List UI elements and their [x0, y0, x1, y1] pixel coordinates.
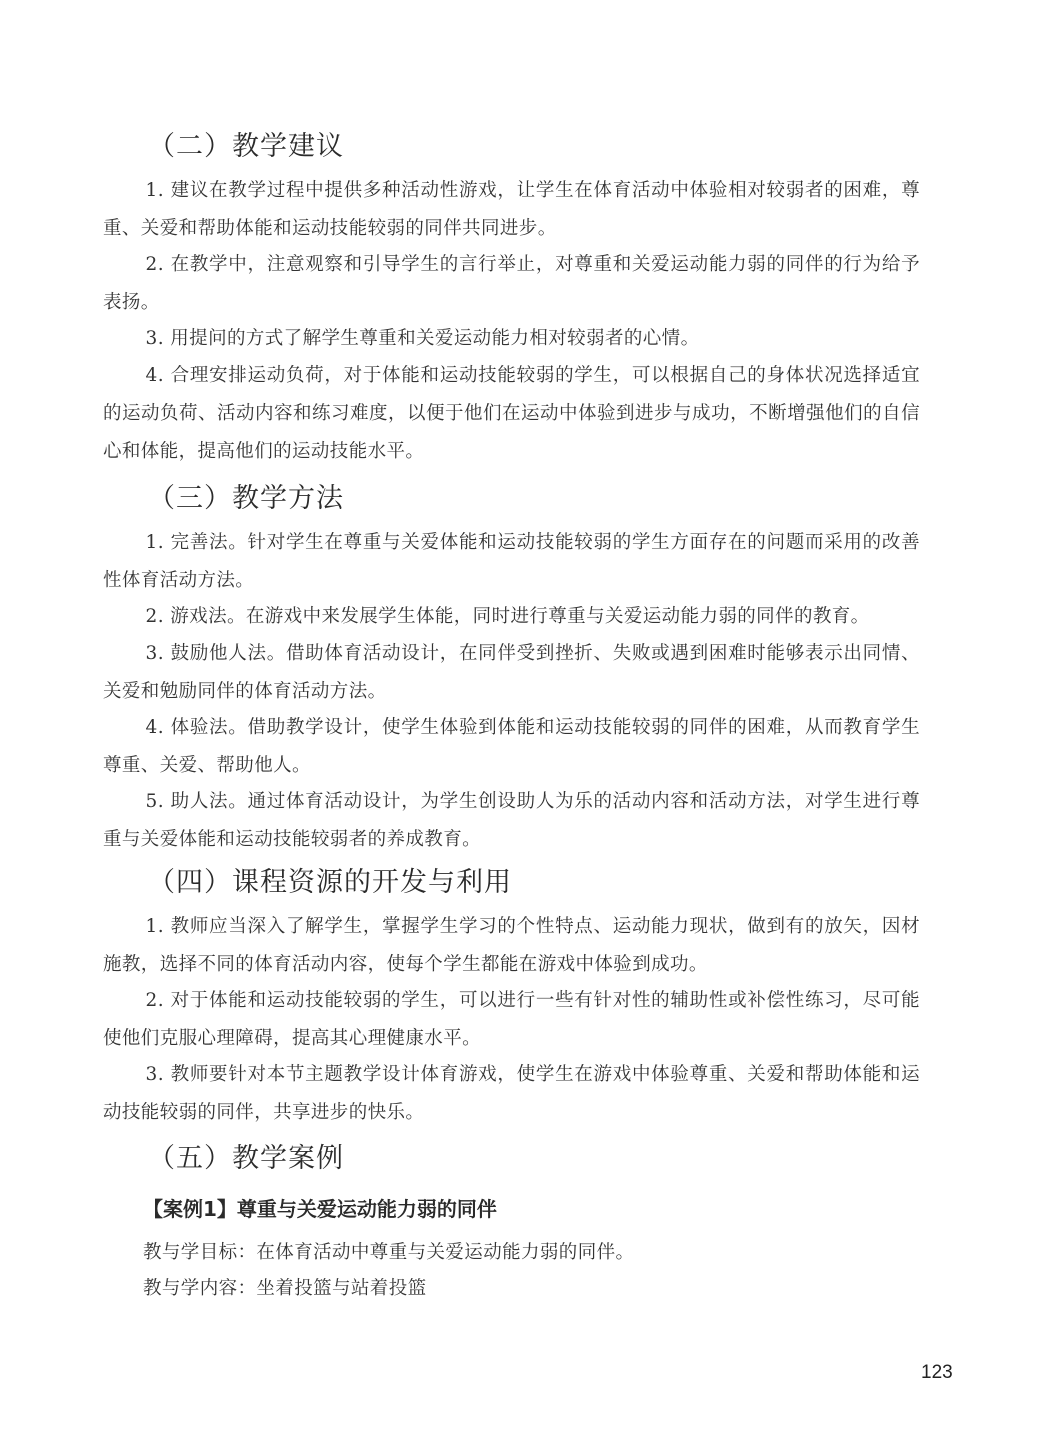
case-content: 教与学内容：坐着投篮与站着投篮: [143, 1274, 427, 1300]
section-heading-curriculum-resources: （四）课程资源的开发与利用: [148, 860, 512, 899]
section-heading-teaching-suggestions: （二）教学建议: [148, 124, 344, 163]
paragraph: 3. 教师要针对本节主题教学设计体育游戏，使学生在游戏中体验尊重、关爱和帮助体能…: [103, 1056, 920, 1132]
paragraph: 2. 游戏法。在游戏中来发展学生体能，同时进行尊重与关爱运动能力弱的同伴的教育。: [103, 598, 920, 636]
paragraph: 1. 完善法。针对学生在尊重与关爱体能和运动技能较弱的学生方面存在的问题而采用的…: [103, 524, 920, 600]
case-title: 【案例1】尊重与关爱运动能力弱的同伴: [143, 1193, 497, 1222]
section-heading-teaching-methods: （三）教学方法: [148, 476, 344, 515]
paragraph: 4. 合理安排运动负荷，对于体能和运动技能较弱的学生，可以根据自己的身体状况选择…: [103, 357, 920, 471]
paragraph: 1. 建议在教学过程中提供多种活动性游戏，让学生在体育活动中体验相对较弱者的困难…: [103, 172, 920, 248]
paragraph: 5. 助人法。通过体育活动设计，为学生创设助人为乐的活动内容和活动方法，对学生进…: [103, 783, 920, 859]
paragraph: 2. 在教学中，注意观察和引导学生的言行举止，对尊重和关爱运动能力弱的同伴的行为…: [103, 246, 920, 322]
case-goal: 教与学目标：在体育活动中尊重与关爱运动能力弱的同伴。: [143, 1238, 634, 1264]
section-heading-teaching-cases: （五）教学案例: [148, 1136, 344, 1175]
paragraph: 1. 教师应当深入了解学生，掌握学生学习的个性特点、运动能力现状，做到有的放矢，…: [103, 908, 920, 984]
paragraph: 3. 用提问的方式了解学生尊重和关爱运动能力相对较弱者的心情。: [103, 320, 920, 358]
paragraph: 2. 对于体能和运动技能较弱的学生，可以进行一些有针对性的辅助性或补偿性练习，尽…: [103, 982, 920, 1058]
paragraph: 4. 体验法。借助教学设计，使学生体验到体能和运动技能较弱的同伴的困难，从而教育…: [103, 709, 920, 785]
page-number: 123: [921, 1362, 953, 1384]
paragraph: 3. 鼓励他人法。借助体育活动设计，在同伴受到挫折、失败或遇到困难时能够表示出同…: [103, 635, 920, 711]
